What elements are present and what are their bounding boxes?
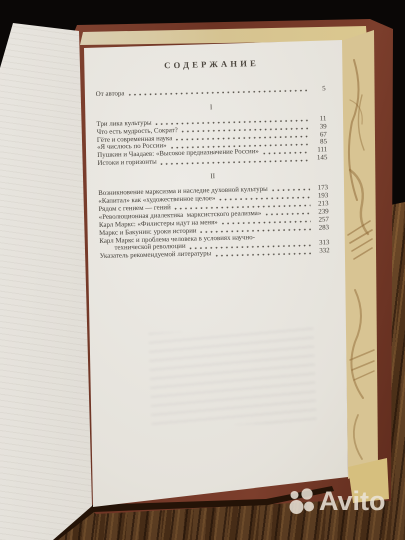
toc-entry-page: 145 bbox=[312, 155, 327, 163]
toc-entry: От автора 5 bbox=[96, 85, 326, 99]
table-of-contents: СОДЕРЖАНИЕ От автора 5 I Три лика культу… bbox=[95, 58, 330, 261]
toc-section-1-list: Три лика культуры 11 Что есть мудрость, … bbox=[96, 115, 327, 168]
dot-leader bbox=[263, 150, 309, 155]
toc-entry-label: Указатель рекомендуемой литературы bbox=[100, 251, 212, 262]
avito-watermark-text: Avito bbox=[319, 488, 386, 515]
toc-entry-label: Истоки и горизонты bbox=[97, 159, 156, 168]
dot-leader bbox=[265, 211, 311, 216]
toc-entry-label: От автора bbox=[96, 90, 125, 99]
section-heading-2: II bbox=[98, 171, 328, 185]
text-fragment bbox=[0, 40, 68, 63]
text-fragment bbox=[0, 50, 69, 73]
left-page-text-fragments bbox=[0, 40, 69, 72]
toc-front-list: От автора 5 bbox=[96, 85, 326, 99]
book-photo-scene: СОДЕРЖАНИЕ От автора 5 I Три лика культу… bbox=[0, 0, 405, 540]
avito-watermark: Avito bbox=[289, 488, 386, 515]
toc-entry-page: 332 bbox=[315, 248, 330, 256]
text-fragment bbox=[0, 50, 69, 73]
dot-leader bbox=[272, 187, 310, 192]
dot-leader bbox=[161, 157, 310, 165]
dot-leader bbox=[128, 88, 307, 96]
toc-section-2-list: Возникновение марксизма и наследие духов… bbox=[98, 184, 330, 261]
section-heading-1: I bbox=[96, 101, 326, 115]
text-fragment bbox=[0, 50, 69, 73]
toc-entry-page: 5 bbox=[311, 85, 326, 93]
toc-entry-page: 283 bbox=[314, 224, 329, 232]
avito-logo-icon bbox=[289, 488, 316, 515]
page-showthrough bbox=[148, 327, 316, 428]
dot-leader bbox=[215, 250, 311, 256]
toc-title: СОДЕРЖАНИЕ bbox=[95, 58, 325, 72]
text-fragment bbox=[0, 40, 68, 63]
text-fragment bbox=[0, 50, 69, 73]
text-fragment bbox=[0, 50, 69, 73]
